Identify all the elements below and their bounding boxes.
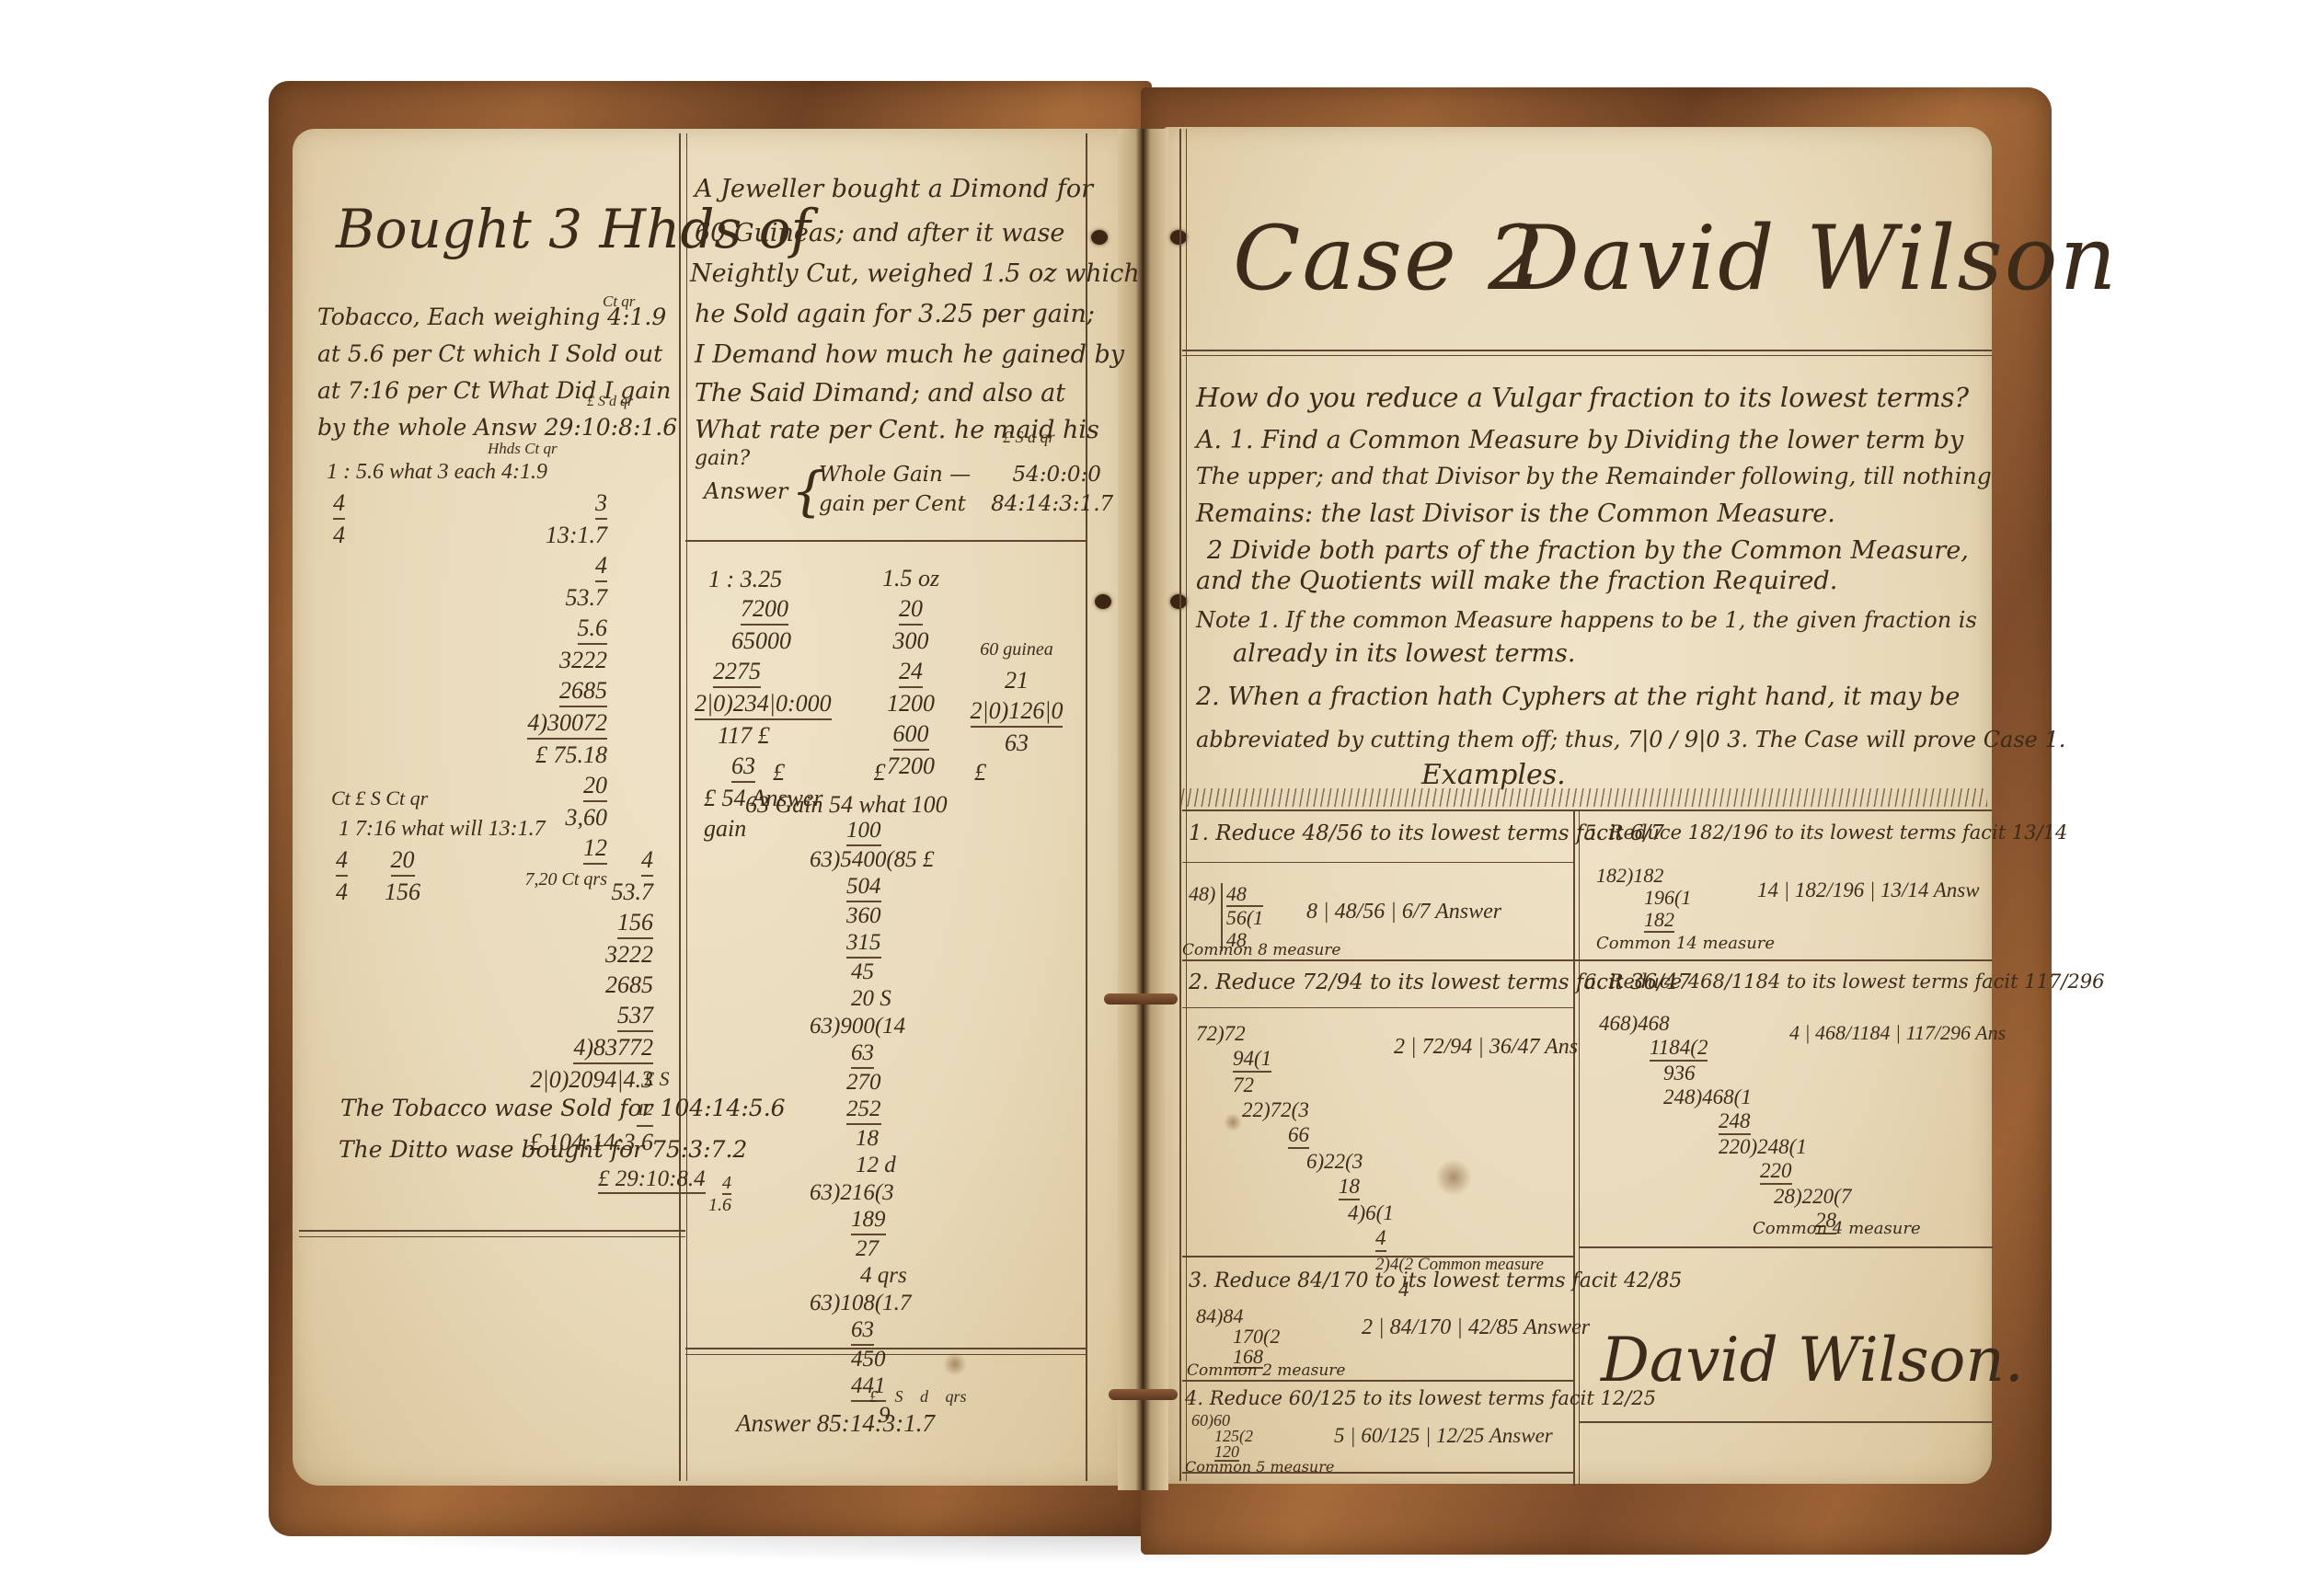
- work-step: 72: [1233, 1073, 1254, 1097]
- work-step: 63: [1005, 728, 1029, 758]
- work-step: 196(1: [1644, 887, 1691, 909]
- column-divider: [686, 133, 687, 1481]
- row-divider: [299, 1230, 685, 1232]
- work-step: 3222: [605, 939, 653, 970]
- work2-statement: 63 Gain 54 what 100: [745, 791, 948, 819]
- example-2-division: 72)72 94(1 72 22)72(3 66 6)22(3 18 4)6(1…: [1196, 1021, 1544, 1302]
- rule2-side-value: 4: [336, 877, 348, 907]
- problem2-line: Neightly Cut, weighed 1.5 oz which: [690, 259, 1140, 288]
- example-1-common: Common 8 measure: [1182, 941, 1340, 959]
- work-step: 5.6: [578, 613, 608, 645]
- example-4-reduce: 5 | 60/125 | 12/25 Answer: [1334, 1424, 1553, 1448]
- summary-units: £ S: [644, 1067, 670, 1091]
- work-step: 48): [1189, 882, 1215, 905]
- work-step: 537: [617, 1000, 653, 1032]
- examples-heading: Examples.: [1421, 759, 1566, 791]
- summary-sold: The Tobacco wase Sold for 104:14:5.6: [340, 1095, 786, 1121]
- work-step: 300: [893, 626, 929, 656]
- problem2-answer-row: gain per Cent 84:14:3:1.7: [819, 492, 1113, 516]
- summary-bought: The Ditto wase bought for 75:3:7.2: [339, 1136, 747, 1163]
- work-step: 182: [1644, 909, 1674, 933]
- work-step: 1184(2: [1650, 1036, 1708, 1062]
- work-step: 20: [583, 770, 607, 802]
- page-title-case: Case 2: [1233, 207, 1546, 310]
- work-step: 1.6: [708, 1195, 731, 1215]
- example-divider: [1182, 959, 1992, 961]
- example-5-common: Common 14 measure: [1596, 934, 1775, 953]
- work1-right: 60 guinea 21 2|0)126|0 63: [961, 635, 1072, 758]
- answer-label: gain per Cent: [819, 492, 966, 516]
- work-step: 117 £: [718, 720, 770, 751]
- answer-line: Note 1. If the common Measure happens to…: [1196, 607, 1977, 633]
- work-step: 12 d: [856, 1152, 896, 1179]
- work-step: 600: [893, 718, 929, 751]
- row-divider: [299, 1236, 685, 1237]
- work-step: 22)72(3: [1242, 1097, 1309, 1122]
- work-step: 1.5 oz: [882, 563, 939, 593]
- work-step: 2275: [713, 656, 761, 688]
- examples-divider: [1182, 809, 1992, 811]
- rule1-units: Hhds Ct qr: [488, 440, 558, 458]
- rule1-statement: 1 : 5.6 what 3 each 4:1.9: [327, 460, 547, 485]
- work-step: 28)220(7: [1774, 1185, 1851, 1209]
- example-6-division: 468)468 1184(2 936 248)468(1 248 220)248…: [1599, 1012, 1851, 1234]
- work-step: 13:1.7: [546, 520, 607, 550]
- column-divider: [679, 133, 681, 1481]
- work-step: 53.7: [612, 877, 654, 907]
- work-step: 4: [1375, 1225, 1386, 1252]
- work2-answer: Answer 85:14:3:1.7: [736, 1409, 935, 1438]
- work-step: 4: [641, 844, 653, 877]
- work-step: 3,60: [566, 802, 608, 832]
- work-step: 18: [856, 1125, 879, 1153]
- work-step: 4 qrs: [860, 1262, 907, 1290]
- work-step: 315: [846, 929, 881, 959]
- work-step: £ 75.18: [535, 740, 607, 770]
- problem1-line: at 5.6 per Ct which I Sold out: [317, 340, 662, 367]
- problem2-line: A Jeweller bought a Dimond for: [695, 175, 1093, 203]
- work-step: 56(1: [1226, 907, 1263, 929]
- example-divider: [1182, 1380, 1573, 1382]
- work-step: 27: [856, 1235, 879, 1263]
- work2-working: 100 63)5400(85 £ 504 360 315 45 20 S 63)…: [810, 817, 948, 1429]
- work-step: 252: [846, 1096, 881, 1125]
- work1-middle: 1.5 oz 20 300 24 1200 600 7200: [860, 563, 961, 781]
- problem2-answer-row: Whole Gain — 54:0:0:0: [819, 463, 1101, 487]
- work-step: 2|0)126|0: [971, 695, 1064, 728]
- work-step: 248: [1719, 1109, 1751, 1135]
- work-step: 450: [851, 1346, 886, 1373]
- example-divider: [1579, 1421, 1993, 1423]
- summary-gain: £ 29:10:8.4: [598, 1166, 706, 1194]
- work-step: 24: [899, 656, 923, 688]
- work-step: 45: [851, 959, 874, 986]
- example-3-common: Common 2 measure: [1187, 1361, 1345, 1380]
- work-step: 63)108(1.7: [810, 1290, 911, 1317]
- binding-hole: [1095, 594, 1111, 609]
- example-6-heading: 6. Reduce 468/1184 to its lowest terms f…: [1584, 970, 2104, 993]
- work-step: 48: [1226, 883, 1263, 907]
- work-step: 20: [899, 593, 923, 626]
- example-divider: [1182, 1007, 1573, 1008]
- answer-line: 2 Divide both parts of the fraction by t…: [1207, 536, 1969, 565]
- work-step: 94(1: [1233, 1046, 1271, 1073]
- answer-line: already in its lowest terms.: [1233, 639, 1575, 668]
- rule2-units: Ct £ S Ct qr: [331, 787, 428, 810]
- title-underline: [1182, 355, 1992, 356]
- binding-hole: [1170, 230, 1187, 245]
- answer-value: 84:14:3:1.7: [991, 492, 1113, 516]
- work-step: 7200: [741, 593, 788, 626]
- example-6-common: Common 4 measure: [1753, 1219, 1921, 1238]
- work-step: 18: [1339, 1174, 1360, 1200]
- question: How do you reduce a Vulgar fraction to i…: [1196, 382, 1969, 413]
- work-step: 270: [846, 1069, 881, 1097]
- work-step: 220)248(1: [1719, 1135, 1807, 1159]
- rule1-side-value: 4: [333, 520, 345, 550]
- work-step: 170(2: [1233, 1326, 1280, 1347]
- problem2-line: 60 Guineas; and after it wase: [695, 219, 1064, 247]
- work-step: 63)5400(85 £: [810, 846, 934, 874]
- work-step: 4)30072: [527, 707, 607, 740]
- binding-hole: [1091, 230, 1108, 245]
- work-step: 60 guinea: [980, 635, 1052, 665]
- row-divider: [685, 540, 1086, 542]
- example-3-division: 84)84 170(2 168: [1196, 1306, 1280, 1369]
- problem2-line: The Said Dimand; and also at: [695, 379, 1065, 408]
- work-step: 84)84: [1196, 1306, 1243, 1326]
- problem1-line: by the whole Answ 29:10:8:1.6: [317, 414, 677, 441]
- rule2-side-value: 20: [391, 844, 415, 877]
- work-step: 248)468(1: [1663, 1085, 1752, 1109]
- work-step: 936: [1663, 1062, 1696, 1085]
- answer-line: The upper; and that Divisor by the Remai…: [1196, 463, 1992, 489]
- work-step: 65000: [731, 626, 791, 656]
- binding-thread: [1109, 1389, 1178, 1400]
- rule2-side-value: 156: [385, 877, 420, 907]
- problem2-line: I Demand how much he gained by: [695, 340, 1124, 369]
- work-step: 63: [731, 751, 755, 783]
- work-step: 220: [1760, 1159, 1792, 1185]
- work-step: 156: [617, 907, 653, 939]
- title-underline: [1182, 350, 1992, 351]
- work-step: 63)900(14: [810, 1013, 905, 1040]
- example-3-reduce: 2 | 84/170 | 42/85 Answer: [1362, 1315, 1590, 1340]
- work-step: 4: [722, 1173, 731, 1195]
- example-5-division: 182)182 196(1 182: [1596, 865, 1691, 933]
- work-step: 504: [846, 873, 881, 902]
- rule2-side: 4 4 20 156: [336, 844, 420, 907]
- example-5-heading: 5. Reduce 182/196 to its lowest terms fa…: [1584, 821, 2067, 844]
- answer-line: and the Quotients will make the fraction…: [1196, 567, 1837, 595]
- work-step: 360: [846, 902, 881, 930]
- book-gutter: [1118, 129, 1168, 1490]
- example-1-reduce: 8 | 48/56 | 6/7 Answer: [1306, 900, 1501, 924]
- problem2-answer-label: Answer: [704, 478, 788, 504]
- work-step: 2685: [605, 970, 653, 1000]
- work-step: 1200: [887, 688, 935, 718]
- answer-value: 54:0:0:0: [1012, 463, 1100, 487]
- work-step: 189: [851, 1206, 886, 1235]
- binding-hole: [1170, 594, 1187, 609]
- work-step: 2|0)234|0:000: [695, 688, 832, 720]
- work-step: 468)468: [1599, 1012, 1670, 1036]
- example-5-reduce: 14 | 182/196 | 13/14 Answ: [1757, 878, 1980, 902]
- work-step: 4)6(1: [1348, 1200, 1394, 1225]
- rule1-side: 4 4: [333, 488, 345, 550]
- example-6-reduce: 4 | 468/1184 | 117/296 Ans: [1789, 1021, 2006, 1045]
- example-4-common: Common 5 measure: [1185, 1458, 1334, 1475]
- work-step: 182)182: [1596, 865, 1663, 887]
- work-step: 63: [851, 1039, 874, 1069]
- work-step: 21: [1005, 665, 1029, 695]
- work-step: 3: [595, 488, 607, 520]
- binding-thread: [1104, 993, 1178, 1005]
- work-step: 2|0)2094|4.3: [531, 1064, 653, 1095]
- answer-line: A. 1. Find a Common Measure by Dividing …: [1196, 426, 1963, 454]
- example-4-heading: 4. Reduce 60/125 to its lowest terms fac…: [1185, 1387, 1656, 1409]
- work-step: 4: [595, 550, 607, 582]
- signature: David Wilson.: [1601, 1325, 2024, 1395]
- work-step: 63: [851, 1316, 874, 1346]
- work-step: 100: [846, 817, 881, 846]
- example-2-reduce: 2 | 72/94 | 36/47 Ans: [1394, 1035, 1578, 1060]
- answer-line: Remains: the last Divisor is the Common …: [1196, 499, 1835, 528]
- rule2-side-value: 4: [336, 844, 348, 877]
- hatched-rule: [1178, 788, 1987, 807]
- work2-units: £ £ £: [773, 759, 986, 787]
- work1-statement: 1 : 3.25: [708, 566, 782, 593]
- work-step: 3222: [559, 645, 607, 675]
- rule1-side-value: 4: [333, 488, 345, 520]
- example-divider: [1182, 862, 1573, 863]
- example-4-division: 60)60 125(2 120: [1191, 1413, 1253, 1462]
- work2-answer-units: £ S d qrs: [869, 1387, 967, 1407]
- work-step: 4)83772: [573, 1032, 653, 1064]
- answer-line: 2. When a fraction hath Cyphers at the r…: [1196, 683, 1960, 711]
- work-step: 63)216(3: [810, 1179, 894, 1207]
- examples-column-divider: [1573, 809, 1575, 1486]
- problem1-units-answer: £ S d qr: [587, 394, 633, 410]
- page-title-name: David Wilson: [1509, 207, 2118, 310]
- work-step: 2685: [559, 675, 607, 707]
- work-step: 72)72: [1196, 1021, 1246, 1046]
- problem2-units: £ S d qr: [1003, 428, 1055, 447]
- work-step: 6)22(3: [1306, 1149, 1363, 1174]
- work-step: 66: [1288, 1122, 1309, 1149]
- example-3-heading: 3. Reduce 84/170 to its lowest terms fac…: [1189, 1269, 1682, 1292]
- column-divider: [1086, 133, 1087, 1481]
- answer-line: abbreviated by cutting them off; thus, 7…: [1196, 727, 2065, 752]
- work-step: 53.7: [566, 582, 608, 613]
- work-step: 20 S: [851, 985, 891, 1013]
- rule2-statement: 1 7:16 what will 13:1.7: [339, 817, 546, 842]
- answer-label: Whole Gain —: [819, 463, 971, 487]
- problem1-line: Tobacco, Each weighing 4:1.9: [317, 304, 666, 330]
- problem2-line: gain?: [695, 447, 750, 470]
- examples-column-divider: [1579, 809, 1580, 1486]
- summary-extra: 4 1.6: [708, 1173, 731, 1215]
- example-divider: [1579, 1246, 1993, 1248]
- problem2-line: he Sold again for 3.25 per gain;: [695, 300, 1095, 328]
